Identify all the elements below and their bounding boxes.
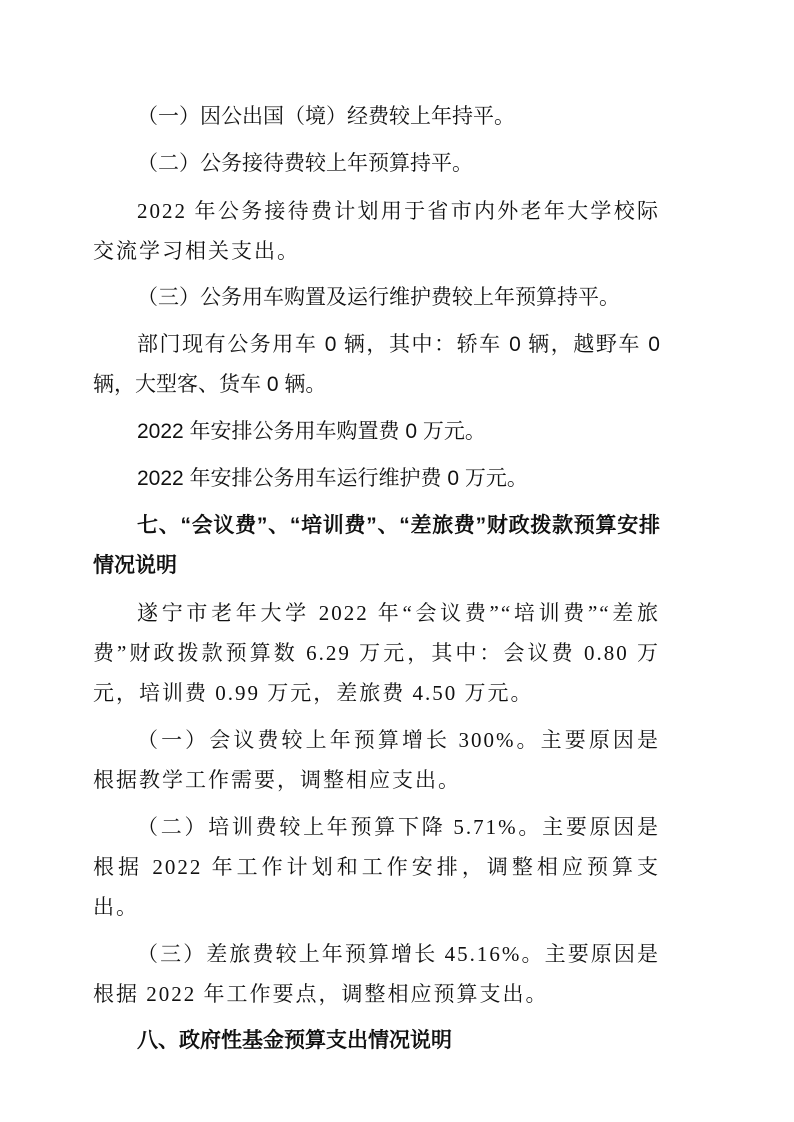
para-vehicle-purchase-budget: 2022 年安排公务用车购置费 0 万元。: [93, 412, 660, 452]
para-foreign-travel-expense: （一）因公出国（境）经费较上年持平。: [93, 97, 660, 137]
para-fees-budget-numbers: 遂宁市老年大学 2022 年“会议费”“培训费”“差旅费”财政拨款预算数 6.2…: [93, 593, 660, 713]
para-vehicle-expense: （三）公务用车购置及运行维护费较上年预算持平。: [93, 278, 660, 318]
para-official-reception-expense: （二）公务接待费较上年预算持平。: [93, 144, 660, 184]
para-meeting-fee-increase: （一）会议费较上年预算增长 300%。主要原因是根据教学工作需要，调整相应支出。: [93, 720, 660, 800]
para-travel-fee-increase: （三）差旅费较上年预算增长 45.16%。主要原因是根据 2022 年工作要点，…: [93, 934, 660, 1014]
document-body: （一）因公出国（境）经费较上年持平。 （二）公务接待费较上年预算持平。 2022…: [93, 97, 660, 1068]
document-page: （一）因公出国（境）经费较上年持平。 （二）公务接待费较上年预算持平。 2022…: [0, 0, 794, 1122]
para-vehicle-count: 部门现有公务用车 0 辆，其中：轿车 0 辆，越野车 0 辆，大型客、货车 0 …: [93, 325, 660, 405]
para-training-fee-decrease: （二）培训费较上年预算下降 5.71%。主要原因是根据 2022 年工作计划和工…: [93, 807, 660, 927]
para-vehicle-maintenance-budget: 2022 年安排公务用车运行维护费 0 万元。: [93, 459, 660, 499]
para-reception-expense-detail: 2022 年公务接待费计划用于省市内外老年大学校际交流学习相关支出。: [93, 191, 660, 271]
section-heading-7-fees-explanation: 七、“会议费”、“培训费”、“差旅费”财政拨款预算安排情况说明: [93, 506, 660, 586]
section-heading-8-gov-fund: 八、政府性基金预算支出情况说明: [93, 1021, 660, 1061]
